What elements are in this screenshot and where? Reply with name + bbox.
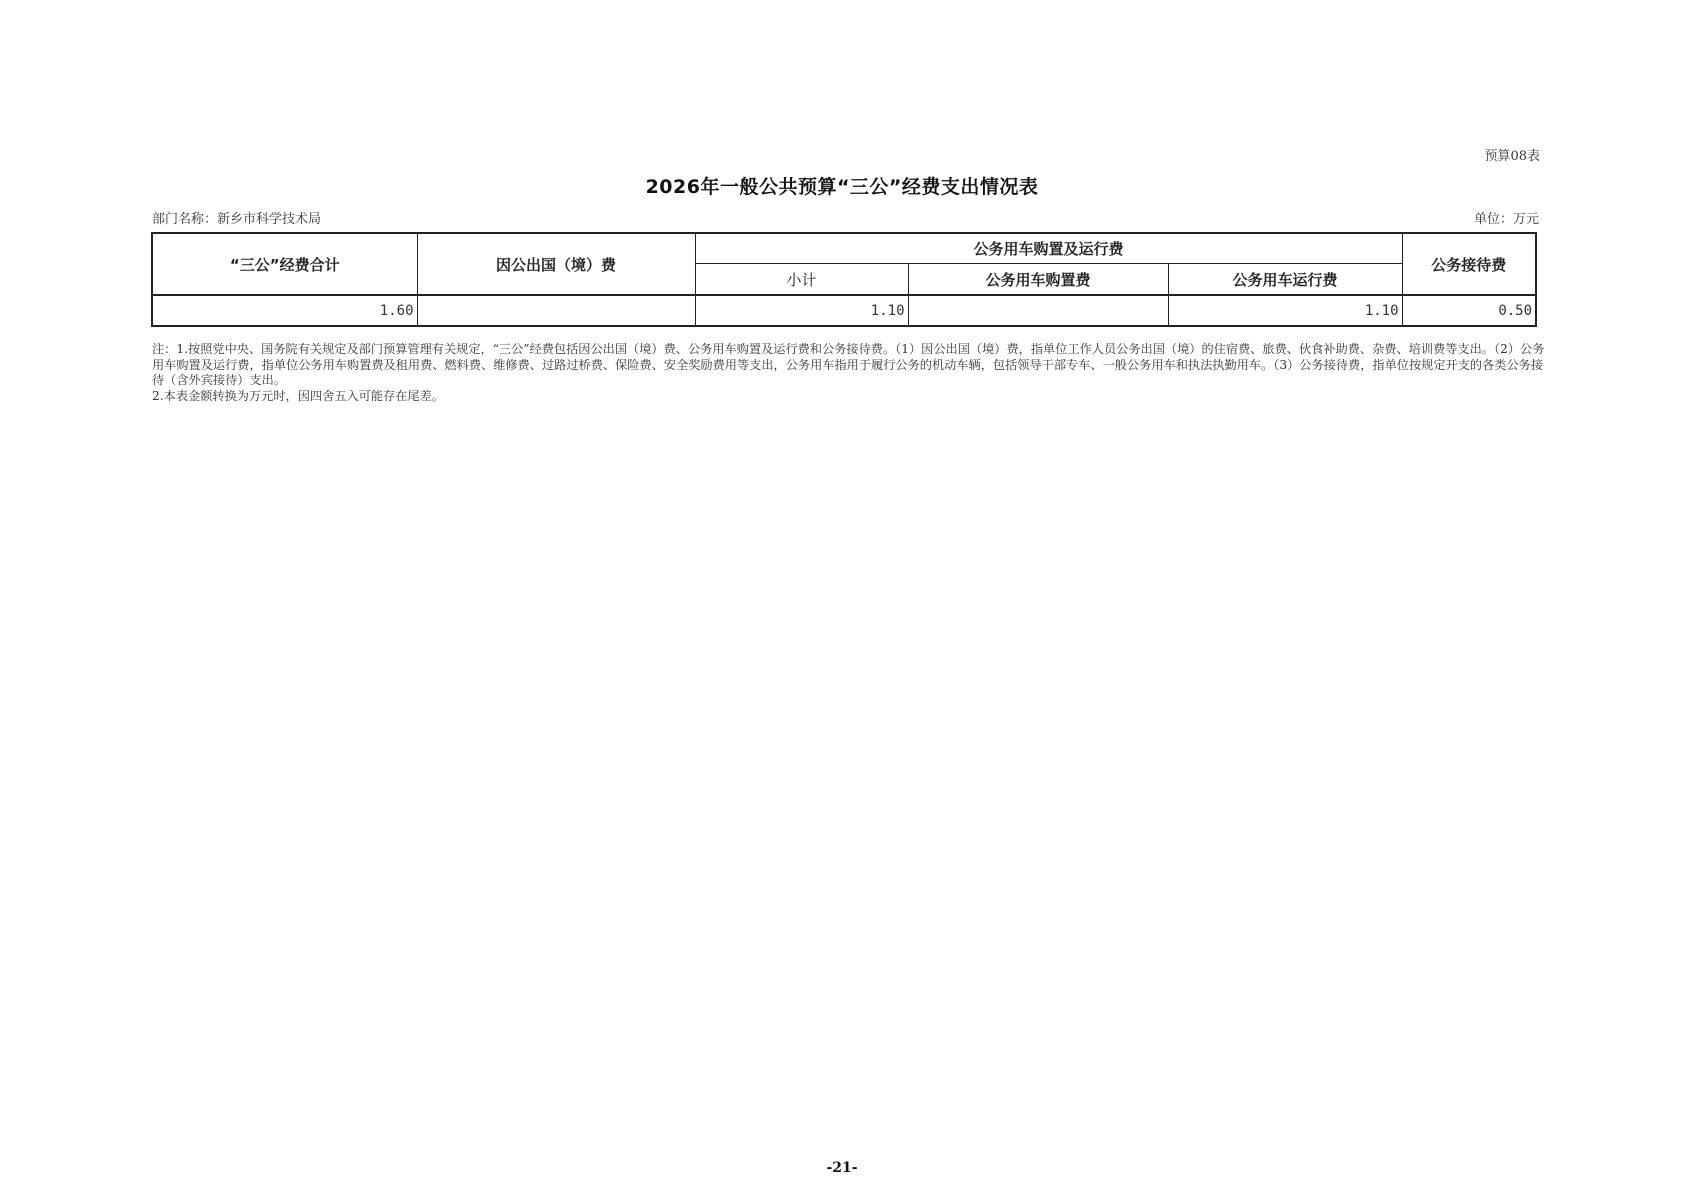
cell-overseas	[417, 295, 695, 326]
page-title: 2026年一般公共预算“三公”经费支出情况表	[0, 172, 1684, 199]
header-vehicle-subtotal: 小计	[695, 264, 908, 296]
page-number: -21-	[0, 1160, 1684, 1176]
note-2: 2.本表金额转换为万元时，因四舍五入可能存在尾差。	[152, 389, 1547, 405]
cell-vehicle-subtotal: 1.10	[695, 295, 908, 326]
header-reception: 公务接待费	[1402, 233, 1536, 295]
form-number: 预算08表	[1484, 145, 1540, 164]
cell-total: 1.60	[152, 295, 417, 326]
cell-vehicle-operation: 1.10	[1168, 295, 1402, 326]
three-public-expenses-table: “三公”经费合计 因公出国（境）费 公务用车购置及运行费 公务接待费 小计 公务…	[151, 232, 1537, 327]
header-vehicle-operation: 公务用车运行费	[1168, 264, 1402, 296]
cell-reception: 0.50	[1402, 295, 1536, 326]
notes: 注：1.按照党中央、国务院有关规定及部门预算管理有关规定，“三公”经费包括因公出…	[152, 342, 1547, 404]
header-vehicle-group: 公务用车购置及运行费	[695, 233, 1402, 264]
note-1: 注：1.按照党中央、国务院有关规定及部门预算管理有关规定，“三公”经费包括因公出…	[152, 342, 1547, 389]
header-total: “三公”经费合计	[152, 233, 417, 295]
unit-label: 单位：万元	[1474, 208, 1539, 227]
header-overseas: 因公出国（境）费	[417, 233, 695, 295]
header-vehicle-purchase: 公务用车购置费	[908, 264, 1168, 296]
cell-vehicle-purchase	[908, 295, 1168, 326]
department-name: 部门名称：新乡市科学技术局	[152, 208, 321, 227]
table-row: 1.60 1.10 1.10 0.50	[152, 295, 1536, 326]
